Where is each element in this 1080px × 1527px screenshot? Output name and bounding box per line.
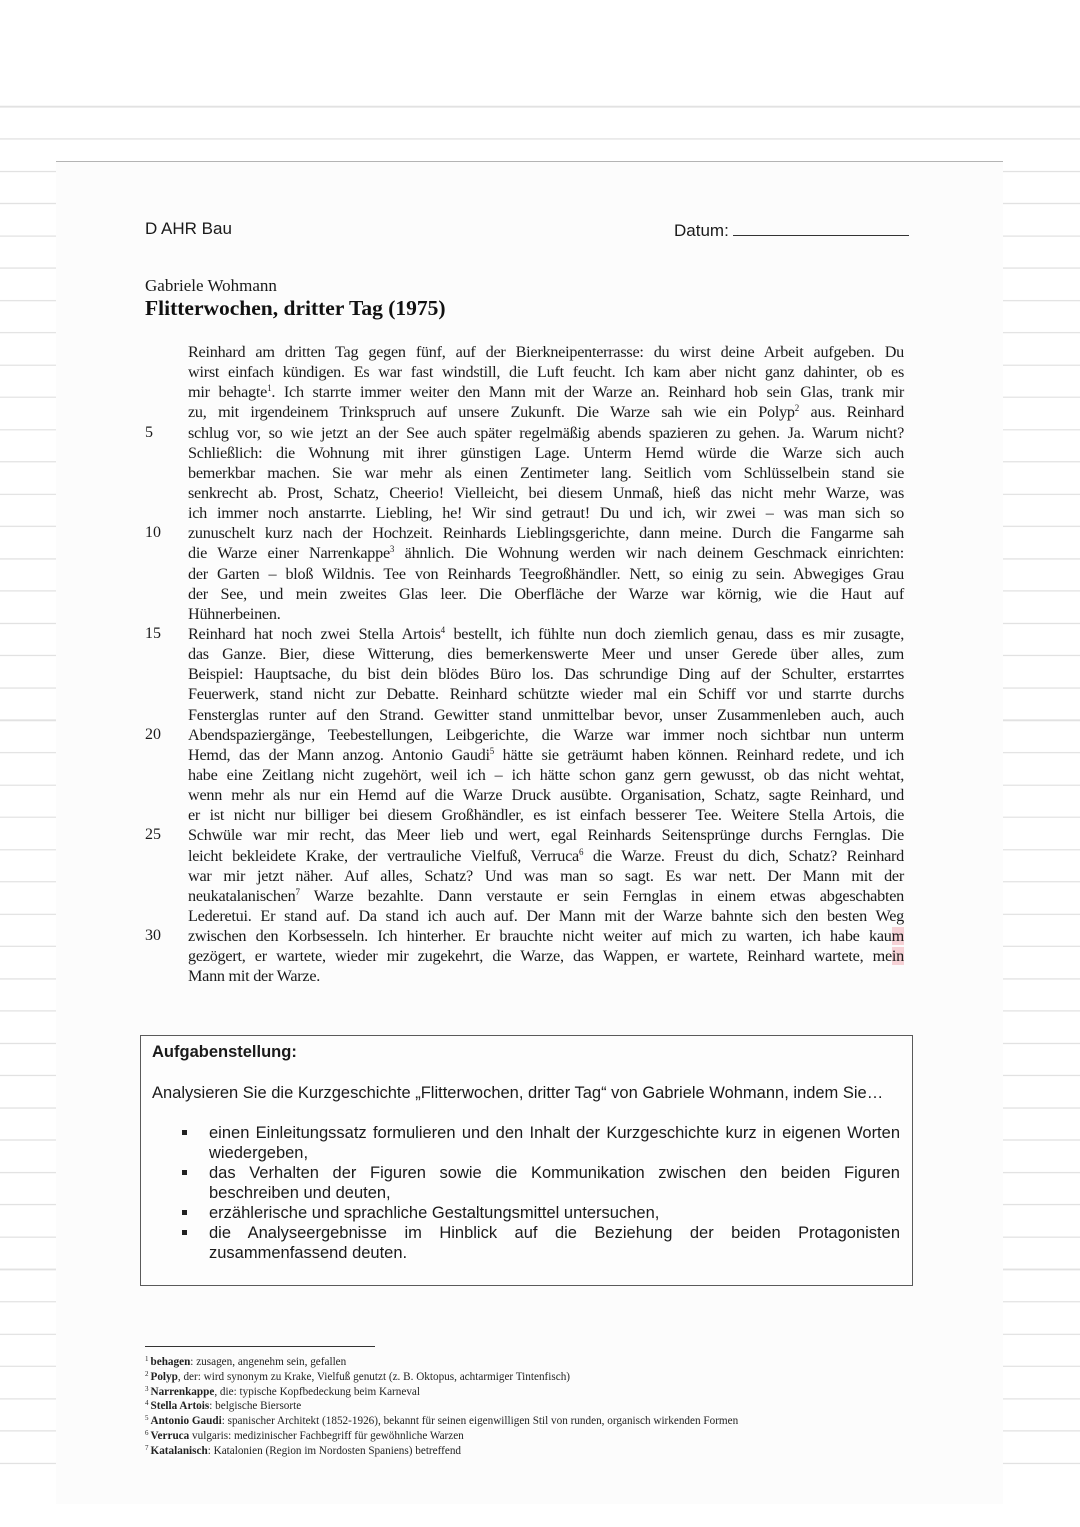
footnote-number: 1 (145, 1355, 149, 1363)
task-intro: Analysieren Sie die Kurzgeschichte „Flit… (152, 1083, 900, 1103)
square-bullet-icon (182, 1130, 187, 1135)
line-text: Feuerwerk, stand nicht zur Debatte. Rein… (188, 684, 904, 704)
story-line: 20Abendspaziergänge, Teebestellungen, Le… (145, 725, 905, 745)
course-label: D AHR Bau (145, 219, 232, 239)
line-text-part: leicht bekleidete Krake, der vertraulich… (188, 847, 579, 865)
task-item: einen Einleitungssatz formulieren und de… (152, 1123, 900, 1163)
line-text: wirst einfach kündigen. Es war fast wind… (188, 362, 904, 382)
line-text-part: zu, mit irgendeinem Trinkspruch auf unse… (188, 403, 795, 421)
line-text-part: die Warze einer Narrenkappe (188, 544, 390, 562)
square-bullet-icon (182, 1230, 187, 1235)
line-text: Schließlich: die Wohnung mit ihrer günst… (188, 443, 904, 463)
footnote-term: Stella Artois (151, 1400, 210, 1412)
footnote-number: 3 (145, 1385, 149, 1393)
story-line: er ist nicht nur billiger bei diesem Gro… (145, 805, 905, 825)
line-text-part: zwischen den Korbsesseln. Ich hinterher.… (188, 927, 892, 945)
date-field: Datum: (674, 219, 909, 241)
line-text: wenn mehr als nur ein Hemd auf die Warze… (188, 785, 904, 805)
story-line: die Warze einer Narrenkappe3 ähnlich. Di… (145, 543, 905, 563)
line-text-part: hätte sie geträumt haben können. Reinhar… (494, 746, 904, 764)
story-line: Fensterglas runter auf den Strand. Gewit… (145, 705, 905, 725)
story-author: Gabriele Wohmann (145, 276, 277, 296)
footnote: 3Narrenkappe, die: typische Kopfbedeckun… (145, 1385, 945, 1400)
story-line: wirst einfach kündigen. Es war fast wind… (145, 362, 905, 382)
line-text: Hemd, das der Mann anzog. Antonio Gaudi5… (188, 745, 904, 765)
story-line: Schließlich: die Wohnung mit ihrer günst… (145, 443, 905, 463)
story-line: das Ganze. Bier, diese Witterung, dies b… (145, 644, 905, 664)
line-text: der Garten – bloß Wildnis. Tee von Reinh… (188, 564, 904, 584)
footnote-definition: : zusagen, angenehm sein, gefallen (190, 1356, 346, 1368)
square-bullet-icon (182, 1170, 187, 1175)
story-line: der See, und mein zweites Glas leer. Die… (145, 584, 905, 604)
line-text: schlug vor, so wie jetzt an der See auch… (188, 423, 904, 443)
highlighted-text: in (892, 947, 904, 965)
footnote-number: 7 (145, 1444, 149, 1452)
line-text: gezögert, er wartete, wieder mir zugekeh… (188, 946, 904, 966)
story-line: senkrecht ab. Prost, Schatz, Cheerio! Vi… (145, 483, 905, 503)
footnote-number: 4 (145, 1399, 149, 1407)
line-number: 30 (145, 926, 175, 946)
footnote-definition: vulgaris: medizinischer Fachbegriff für … (189, 1430, 464, 1442)
line-text: leicht bekleidete Krake, der vertraulich… (188, 846, 904, 866)
footnote-separator (145, 1346, 375, 1347)
story-line: Hemd, das der Mann anzog. Antonio Gaudi5… (145, 745, 905, 765)
task-heading: Aufgabenstellung: (152, 1043, 297, 1062)
footnote: 1behagen: zusagen, angenehm sein, gefall… (145, 1355, 945, 1370)
line-text: er ist nicht nur billiger bei diesem Gro… (188, 805, 904, 825)
footnote-term: behagen (151, 1356, 191, 1368)
story-line: bemerkbar machen. Sie war mehr als einen… (145, 463, 905, 483)
footnote-term: Antonio Gaudi (151, 1415, 222, 1427)
story-line: 30zwischen den Korbsesseln. Ich hinterhe… (145, 926, 905, 946)
line-text: war mir jetzt näher. Auf alles, Schatz? … (188, 866, 904, 886)
line-text: zwischen den Korbsesseln. Ich hinterher.… (188, 926, 904, 946)
story-line: wenn mehr als nur ein Hemd auf die Warze… (145, 785, 905, 805)
footnote-number: 2 (145, 1370, 149, 1378)
story-line: zu, mit irgendeinem Trinkspruch auf unse… (145, 402, 905, 422)
footnote-term: Katalanisch (151, 1445, 208, 1457)
line-text: mir behagte1. Ich starrte immer weiter d… (188, 382, 904, 402)
highlighted-text: m (892, 927, 904, 945)
line-text: Abendspaziergänge, Teebestellungen, Leib… (188, 725, 904, 745)
line-text-part: Warze bezahlte. Dann verstaute er sein F… (300, 887, 904, 905)
line-text-part: ähnlich. Die Wohnung werden wir nach dei… (394, 544, 904, 562)
story-line: gezögert, er wartete, wieder mir zugekeh… (145, 946, 905, 966)
scanned-worksheet-page: D AHR Bau Datum: Gabriele Wohmann Flitte… (56, 161, 1003, 1504)
footnote: 4Stella Artois: belgische Biersorte (145, 1399, 945, 1414)
story-line: 25Schwüle war mir recht, das Meer lieb u… (145, 825, 905, 845)
story-line: ich immer noch anstarrte. Liebling, he! … (145, 503, 905, 523)
task-box: Aufgabenstellung: Analysieren Sie die Ku… (140, 1035, 913, 1286)
line-number: 25 (145, 825, 175, 845)
task-item: das Verhalten der Figuren sowie die Komm… (152, 1163, 900, 1203)
line-text: Hühnerbeinen. (188, 604, 904, 624)
footnote: 6Verruca vulgaris: medizinischer Fachbeg… (145, 1429, 945, 1444)
story-line: neukatalanischen7 Warze bezahlte. Dann v… (145, 886, 905, 906)
line-text-part: die Warze. Freust du dich, Schatz? Reinh… (583, 847, 904, 865)
footnote: 5Antonio Gaudi: spanischer Architekt (18… (145, 1414, 945, 1429)
story-title: Flitterwochen, dritter Tag (1975) (145, 296, 446, 321)
line-number: 20 (145, 725, 175, 745)
line-text: die Warze einer Narrenkappe3 ähnlich. Di… (188, 543, 904, 563)
footnote-number: 5 (145, 1414, 149, 1422)
story-line: 5schlug vor, so wie jetzt an der See auc… (145, 423, 905, 443)
line-text-part: gezögert, er wartete, wieder mir zugekeh… (188, 947, 892, 965)
line-text-part: mir behagte (188, 383, 267, 401)
story-line: leicht bekleidete Krake, der vertraulich… (145, 846, 905, 866)
date-label: Datum: (674, 221, 729, 241)
line-text: senkrecht ab. Prost, Schatz, Cheerio! Vi… (188, 483, 904, 503)
story-line: 15Reinhard hat noch zwei Stella Artois4 … (145, 624, 905, 644)
line-text: ich immer noch anstarrte. Liebling, he! … (188, 503, 904, 523)
line-text-part: . Ich starrte immer weiter den Mann mit … (271, 383, 904, 401)
footnote: 2Polyp, der: wird synonym zu Krake, Viel… (145, 1370, 945, 1385)
task-item: erzählerische und sprachliche Gestaltung… (152, 1203, 900, 1223)
story-line: der Garten – bloß Wildnis. Tee von Reinh… (145, 564, 905, 584)
line-text: Mann mit der Warze. (188, 966, 904, 986)
line-text: der See, und mein zweites Glas leer. Die… (188, 584, 904, 604)
line-text: Schwüle war mir recht, das Meer lieb und… (188, 825, 904, 845)
line-text: zunuschelt kurz nach der Hochzeit. Reinh… (188, 523, 904, 543)
story-text: Reinhard am dritten Tag gegen fünf, auf … (145, 342, 905, 987)
footnote-term: Polyp (151, 1371, 178, 1383)
line-text: das Ganze. Bier, diese Witterung, dies b… (188, 644, 904, 664)
line-text: habe eine Zeitlang nicht zugehört, weil … (188, 765, 904, 785)
line-text: bemerkbar machen. Sie war mehr als einen… (188, 463, 904, 483)
footnote-definition: , die: typische Kopfbedeckung beim Karne… (214, 1386, 420, 1398)
footnote-definition: : Katalonien (Region im Nordosten Spanie… (208, 1445, 461, 1457)
line-text: Beispiel: Hauptsache, du bist dein blöde… (188, 664, 904, 684)
story-line: 10zunuschelt kurz nach der Hochzeit. Rei… (145, 523, 905, 543)
footnotes: 1behagen: zusagen, angenehm sein, gefall… (145, 1355, 945, 1459)
line-number: 5 (145, 423, 175, 443)
line-number: 15 (145, 624, 175, 644)
story-line: Hühnerbeinen. (145, 604, 905, 624)
story-line: mir behagte1. Ich starrte immer weiter d… (145, 382, 905, 402)
line-text: zu, mit irgendeinem Trinkspruch auf unse… (188, 402, 904, 422)
story-line: Reinhard am dritten Tag gegen fünf, auf … (145, 342, 905, 362)
footnote-definition: : spanischer Architekt (1852-1926), beka… (222, 1415, 738, 1427)
footnote-term: Verruca (151, 1430, 190, 1442)
line-text: Reinhard hat noch zwei Stella Artois4 be… (188, 624, 904, 644)
footnote-definition: : belgische Biersorte (209, 1400, 301, 1412)
story-line: Beispiel: Hauptsache, du bist dein blöde… (145, 664, 905, 684)
line-text: Reinhard am dritten Tag gegen fünf, auf … (188, 342, 904, 362)
line-number: 10 (145, 523, 175, 543)
line-text: neukatalanischen7 Warze bezahlte. Dann v… (188, 886, 904, 906)
line-text-part: Reinhard hat noch zwei Stella Artois (188, 625, 441, 643)
square-bullet-icon (182, 1210, 187, 1215)
story-line: Feuerwerk, stand nicht zur Debatte. Rein… (145, 684, 905, 704)
date-blank-line (733, 219, 909, 236)
line-text-part: aus. Reinhard (799, 403, 904, 421)
footnote-number: 6 (145, 1429, 149, 1437)
story-line: habe eine Zeitlang nicht zugehört, weil … (145, 765, 905, 785)
task-list: einen Einleitungssatz formulieren und de… (152, 1123, 900, 1263)
task-item: die Analyseergebnisse im Hinblick auf di… (152, 1223, 900, 1263)
line-text: Fensterglas runter auf den Strand. Gewit… (188, 705, 904, 725)
line-text-part: Hemd, das der Mann anzog. Antonio Gaudi (188, 746, 490, 764)
background-top (0, 0, 1080, 100)
footnote-term: Narrenkappe (151, 1386, 215, 1398)
footnote-definition: , der: wird synonym zu Krake, Vielfuß ge… (178, 1371, 570, 1383)
line-text: Lederetui. Er stand auf. Da stand ich au… (188, 906, 904, 926)
story-line: Lederetui. Er stand auf. Da stand ich au… (145, 906, 905, 926)
story-line: Mann mit der Warze. (145, 966, 905, 986)
footnote: 7Katalanisch: Katalonien (Region im Nord… (145, 1444, 945, 1459)
line-text-part: neukatalanischen (188, 887, 295, 905)
story-line: war mir jetzt näher. Auf alles, Schatz? … (145, 866, 905, 886)
line-text-part: bestellt, ich fühlte nun doch ziemlich g… (445, 625, 904, 643)
